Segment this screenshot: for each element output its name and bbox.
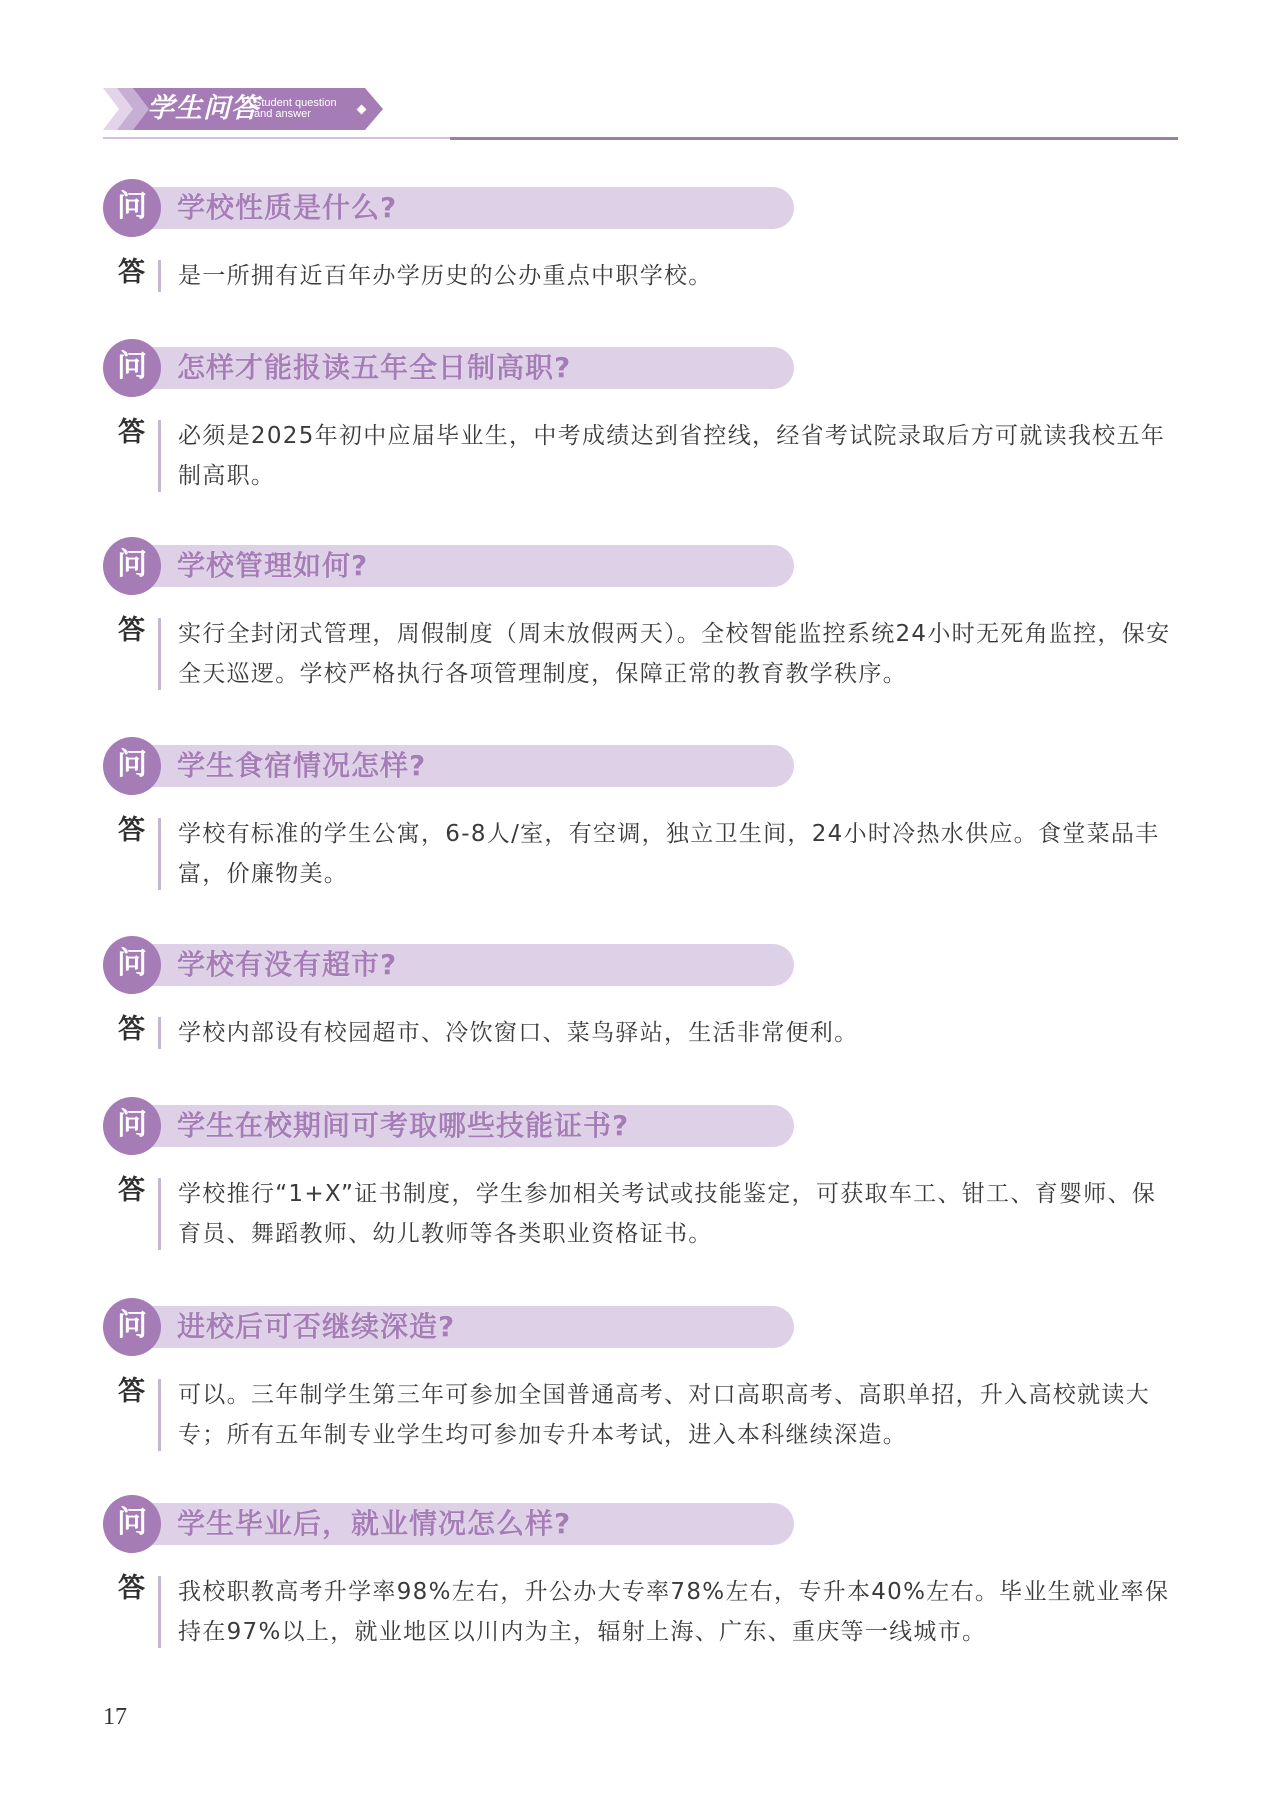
answer-text: 实行全封闭式管理，周假制度（周末放假两天）。全校智能监控系统24小时无死角监控，… [178, 614, 1178, 694]
answer-bar [158, 260, 161, 292]
page-number: 17 [103, 1704, 127, 1731]
question-text: 怎样才能报读五年全日制高职? [177, 350, 571, 386]
answer-text: 学校推行“1+X”证书制度，学生参加相关考试或技能鉴定，可获取车工、钳工、育婴师… [178, 1174, 1178, 1254]
answer-marker: 答 [118, 416, 145, 450]
question-text: 学生在校期间可考取哪些技能证书? [177, 1108, 629, 1144]
answer-marker: 答 [118, 1013, 145, 1047]
answer-marker: 答 [118, 1572, 145, 1606]
answer-text: 学校有标准的学生公寓，6-8人/室，有空调，独立卫生间，24小时冷热水供应。食堂… [178, 814, 1178, 894]
section-banner: 学生问答 Student question and answer [103, 88, 383, 130]
question-badge: 问 [103, 537, 161, 595]
answer-text: 是一所拥有近百年办学历史的公办重点中职学校。 [178, 256, 1178, 296]
answer-marker: 答 [118, 256, 145, 290]
question-text: 学校性质是什么? [177, 190, 397, 226]
banner-subtitle-line2: and answer [254, 108, 311, 120]
question-badge: 问 [103, 179, 161, 237]
question-badge: 问 [103, 936, 161, 994]
answer-bar [158, 420, 161, 492]
header-divider-light [103, 137, 453, 139]
question-badge: 问 [103, 339, 161, 397]
question-text: 学生食宿情况怎样? [177, 748, 426, 784]
answer-marker: 答 [118, 1174, 145, 1208]
answer-bar [158, 1576, 161, 1648]
answer-bar [158, 1017, 161, 1049]
header-divider [450, 137, 1178, 140]
question-text: 学生毕业后，就业情况怎么样? [177, 1506, 571, 1542]
answer-text: 可以。三年制学生第三年可参加全国普通高考、对口高职高考、高职单招，升入高校就读大… [178, 1375, 1178, 1455]
answer-bar [158, 1379, 161, 1451]
answer-text: 学校内部设有校园超市、冷饮窗口、菜鸟驿站，生活非常便利。 [178, 1013, 1178, 1053]
answer-marker: 答 [118, 814, 145, 848]
banner-subtitle: Student question and answer [254, 98, 354, 120]
question-badge: 问 [103, 1495, 161, 1553]
question-text: 进校后可否继续深造? [177, 1309, 455, 1345]
question-text: 学校有没有超市? [177, 947, 397, 983]
answer-bar [158, 1178, 161, 1250]
answer-text: 必须是2025年初中应届毕业生，中考成绩达到省控线，经省考试院录取后方可就读我校… [178, 416, 1178, 496]
answer-marker: 答 [118, 1375, 145, 1409]
question-badge: 问 [103, 1097, 161, 1155]
answer-bar [158, 618, 161, 690]
question-badge: 问 [103, 737, 161, 795]
answer-marker: 答 [118, 614, 145, 648]
answer-text: 我校职教高考升学率98%左右，升公办大专率78%左右，专升本40%左右。毕业生就… [178, 1572, 1178, 1652]
banner-title: 学生问答 [147, 92, 259, 126]
answer-bar [158, 818, 161, 890]
question-badge: 问 [103, 1298, 161, 1356]
question-text: 学校管理如何? [177, 548, 368, 584]
